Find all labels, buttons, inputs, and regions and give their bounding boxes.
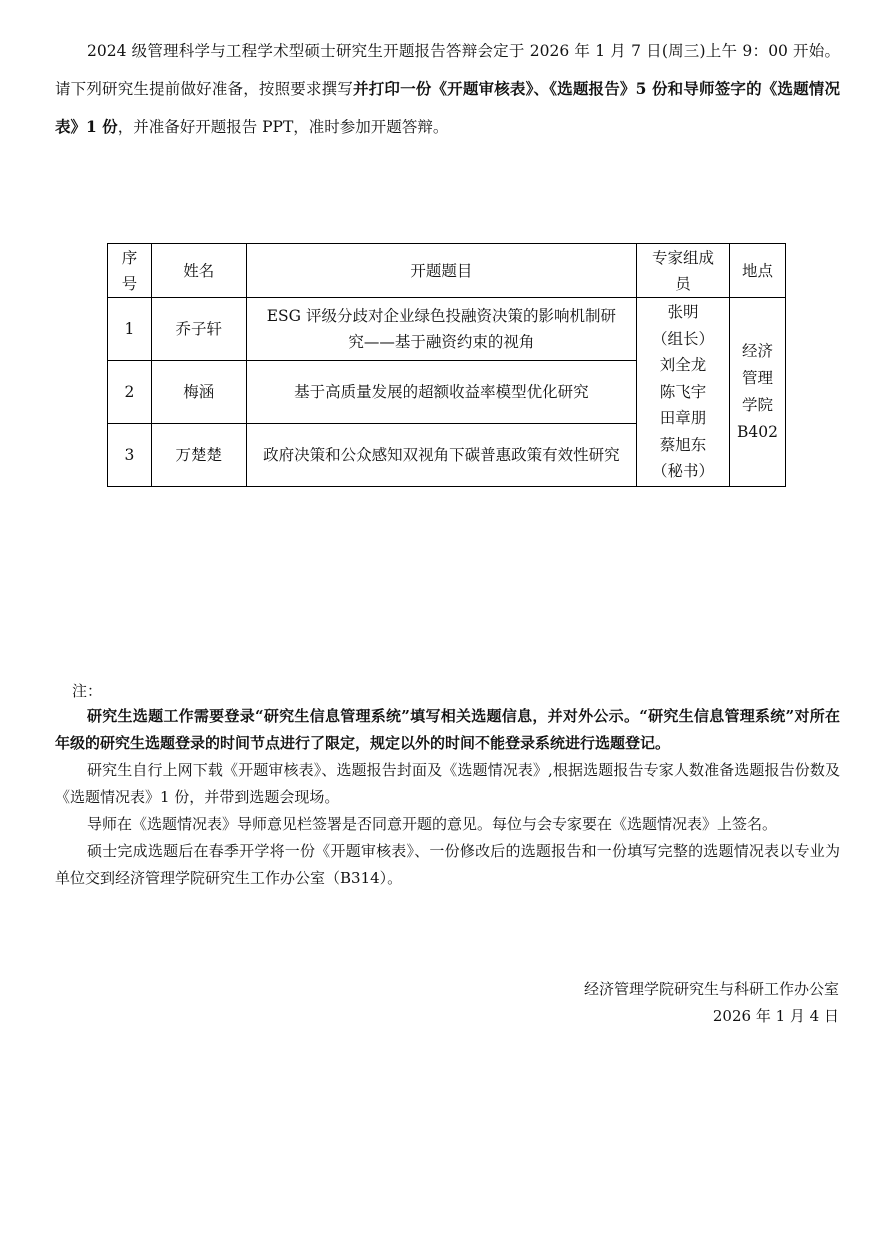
cell-no: 2 xyxy=(108,361,152,424)
signature-office: 经济管理学院研究生与科研工作办公室 xyxy=(584,976,839,1003)
signature-date: 2026 年 1 月 4 日 xyxy=(584,1003,839,1030)
place-line: 经济 xyxy=(734,338,781,365)
header-topic: 开题题目 xyxy=(246,244,637,298)
header-experts: 专家组成员 xyxy=(637,244,730,298)
expert: 张明 xyxy=(641,299,725,326)
signature-block: 经济管理学院研究生与科研工作办公室 2026 年 1 月 4 日 xyxy=(584,976,839,1030)
note-paragraph: 硕士完成选题后在春季开学将一份《开题审核表》、一份修改后的选题报告和一份填写完整… xyxy=(55,838,840,892)
cell-topic: ESG 评级分歧对企业绿色投融资决策的影响机制研究——基于融资约束的视角 xyxy=(246,298,637,361)
table-row: 1 乔子轩 ESG 评级分歧对企业绿色投融资决策的影响机制研究——基于融资约束的… xyxy=(108,298,786,361)
header-no: 序号 xyxy=(108,244,152,298)
notes-section: 研究生选题工作需要登录“研究生信息管理系统”填写相关选题信息，并对外公示。“研究… xyxy=(55,703,840,892)
place-line: 学院 xyxy=(734,392,781,419)
cell-place: 经济 管理 学院 B402 xyxy=(729,298,785,487)
intro-paragraph: 2024 级管理科学与工程学术型硕士研究生开题报告答辩会定于 2026 年 1 … xyxy=(55,33,840,146)
expert: 陈飞宇 xyxy=(641,379,725,406)
expert: 刘全龙 xyxy=(641,352,725,379)
cell-topic: 基于高质量发展的超额收益率模型优化研究 xyxy=(246,361,637,424)
cell-topic: 政府决策和公众感知双视角下碳普惠政策有效性研究 xyxy=(246,424,637,487)
table-header-row: 序号 姓名 开题题目 专家组成员 地点 xyxy=(108,244,786,298)
header-name: 姓名 xyxy=(151,244,246,298)
cell-name: 梅涵 xyxy=(151,361,246,424)
notes-label: 注： xyxy=(72,680,102,701)
note-paragraph: 研究生选题工作需要登录“研究生信息管理系统”填写相关选题信息，并对外公示。“研究… xyxy=(55,703,840,757)
place-line: B402 xyxy=(734,419,781,446)
cell-name: 万楚楚 xyxy=(151,424,246,487)
cell-experts: 张明 （组长） 刘全龙 陈飞宇 田章朋 蔡旭东 （秘书） xyxy=(637,298,730,487)
place-line: 管理 xyxy=(734,365,781,392)
expert: 田章朋 xyxy=(641,405,725,432)
cell-no: 1 xyxy=(108,298,152,361)
expert-role: （秘书） xyxy=(641,458,725,485)
note-paragraph: 导师在《选题情况表》导师意见栏签署是否同意开题的意见。每位与会专家要在《选题情况… xyxy=(55,811,840,838)
cell-name: 乔子轩 xyxy=(151,298,246,361)
schedule-table: 序号 姓名 开题题目 专家组成员 地点 1 乔子轩 ESG 评级分歧对企业绿色投… xyxy=(107,243,786,487)
expert: 蔡旭东 xyxy=(641,432,725,459)
expert-role: （组长） xyxy=(641,326,725,353)
note-paragraph: 研究生自行上网下载《开题审核表》、选题报告封面及《选题情况表》,根据选题报告专家… xyxy=(55,757,840,811)
intro-text-3: ，并准备好开题报告 PPT，准时参加开题答辩。 xyxy=(118,118,449,136)
cell-no: 3 xyxy=(108,424,152,487)
header-place: 地点 xyxy=(729,244,785,298)
